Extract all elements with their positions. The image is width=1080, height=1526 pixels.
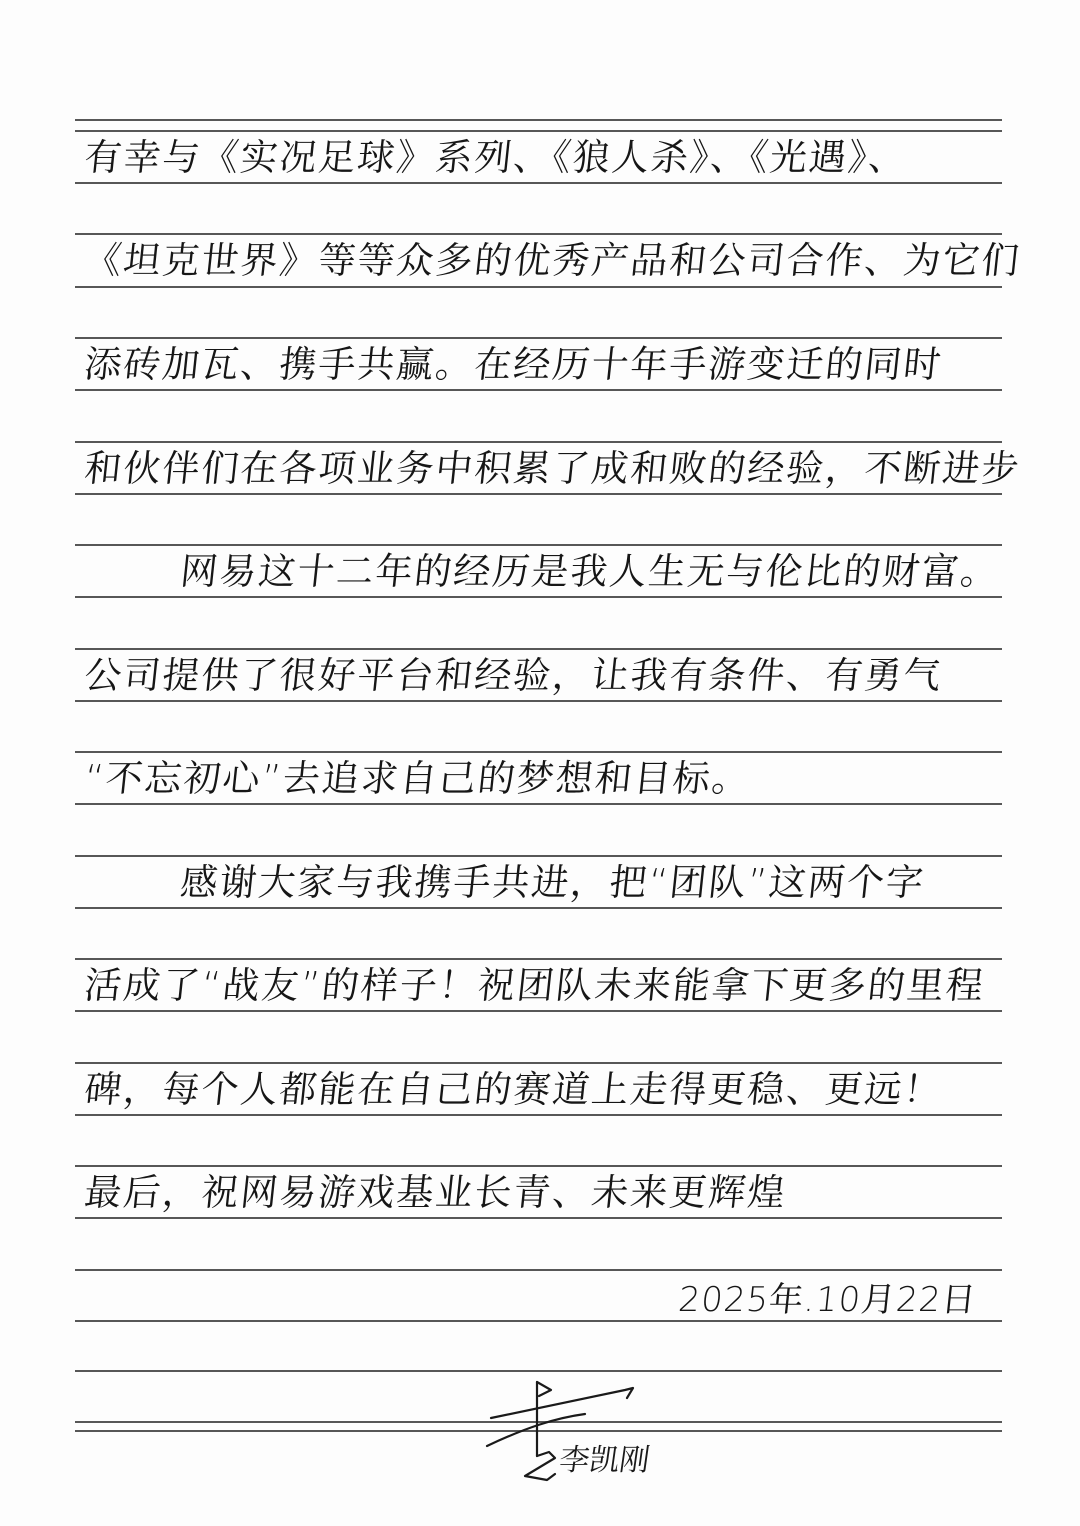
letter-line-10: 碑，每个人都能在自己的赛道上走得更稳、更远！ [82, 1062, 1012, 1114]
handwritten-text: 和伙伴们在各项业务中积累了成和败的经验，不断进步 [82, 447, 1023, 493]
handwritten-text: 感谢大家与我携手共进，把“团队”这两个字 [82, 861, 927, 907]
handwritten-text: 公司提供了很好平台和经验，让我有条件、有勇气 [82, 654, 945, 700]
letter-line-6: 公司提供了很好平台和经验，让我有条件、有勇气 [82, 648, 1012, 700]
ruled-line [75, 1114, 1002, 1116]
letter-line-11: 最后，祝网易游戏基业长青、未来更辉煌 [82, 1165, 1012, 1217]
ruled-line [75, 1217, 1002, 1219]
ruled-line [75, 803, 1002, 805]
letter-line-1: 有幸与《实况足球》系列、《狼人杀》、《光遇》、 [82, 130, 1012, 182]
letter-line-8: 感谢大家与我携手共进，把“团队”这两个字 [82, 855, 1012, 907]
handwritten-text: 《坦克世界》等等众多的优秀产品和公司合作、为它们 [82, 239, 1023, 285]
handwritten-text: 有幸与《实况足球》系列、《狼人杀》、《光遇》、 [82, 136, 910, 182]
letter-line-9: 活成了“战友”的样子！祝团队未来能拿下更多的里程 [82, 958, 1012, 1010]
signature-name: 李凯刚 [557, 1435, 653, 1479]
ruled-line [75, 389, 1002, 391]
ruled-line [75, 493, 1002, 495]
handwritten-text: “不忘初心”去追求自己的梦想和目标。 [82, 757, 753, 803]
letter-line-4: 和伙伴们在各项业务中积累了成和败的经验，不断进步 [82, 441, 1012, 493]
ruled-line [75, 907, 1002, 909]
handwritten-text: 碑，每个人都能在自己的赛道上走得更稳、更远！ [82, 1068, 945, 1114]
letter-line-5: 网易这十二年的经历是我人生无与伦比的财富。 [82, 544, 1012, 596]
handwritten-text: 网易这十二年的经历是我人生无与伦比的财富。 [82, 550, 1002, 596]
ruled-line [75, 700, 1002, 702]
ruled-line [75, 182, 1002, 184]
letter-page: 有幸与《实况足球》系列、《狼人杀》、《光遇》、 《坦克世界》等等众多的优秀产品和… [0, 0, 1080, 1526]
ruled-line [75, 286, 1002, 288]
ruled-line [75, 1370, 1002, 1372]
ruled-line [75, 596, 1002, 598]
ruled-line [75, 119, 1002, 121]
letter-line-7: “不忘初心”去追求自己的梦想和目标。 [82, 751, 1012, 803]
letter-line-2: 《坦克世界》等等众多的优秀产品和公司合作、为它们 [82, 233, 1012, 285]
handwritten-text: 添砖加瓦、携手共赢。在经历十年手游变迁的同时 [82, 343, 945, 389]
handwritten-text: 活成了“战友”的样子！祝团队未来能拿下更多的里程 [82, 964, 987, 1010]
ruled-line [75, 1010, 1002, 1012]
handwritten-text: 最后，祝网易游戏基业长青、未来更辉煌 [82, 1171, 789, 1217]
letter-line-3: 添砖加瓦、携手共赢。在经历十年手游变迁的同时 [82, 337, 1012, 389]
ruled-line [75, 1269, 1002, 1271]
letter-date: 2025年.10月22日 [676, 1278, 979, 1324]
